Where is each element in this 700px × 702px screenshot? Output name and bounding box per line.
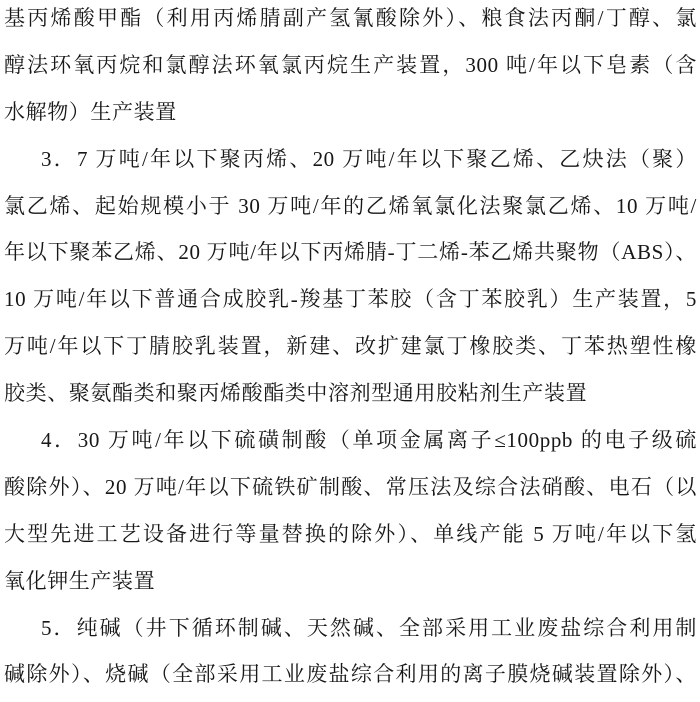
- text-line-paragraph-end: 胶类、聚氨酯类和聚丙烯酸酯类中溶剂型通用胶粘剂生产装置: [4, 370, 697, 417]
- text-line: 酸除外）、20 万吨/年以下硫铁矿制酸、常压法及综合法硝酸、电石（以: [4, 464, 697, 511]
- text-line: 10 万吨/年以下普通合成胶乳-羧基丁苯胶（含丁苯胶乳）生产装置，5: [4, 276, 697, 323]
- document-page: 基丙烯酸甲酯（利用丙烯腈副产氢氰酸除外）、粮食法丙酮/丁醇、氯 醇法环氧丙烷和氯…: [0, 0, 700, 702]
- document-text-block: 基丙烯酸甲酯（利用丙烯腈副产氢氰酸除外）、粮食法丙酮/丁醇、氯 醇法环氧丙烷和氯…: [0, 0, 700, 698]
- text-line: 氯乙烯、起始规模小于 30 万吨/年的乙烯氧氯化法聚氯乙烯、10 万吨/: [4, 183, 697, 230]
- text-line-paragraph-end: 氧化钾生产装置: [4, 558, 697, 605]
- text-line-paragraph-end: 水解物）生产装置: [4, 89, 697, 136]
- text-line: 基丙烯酸甲酯（利用丙烯腈副产氢氰酸除外）、粮食法丙酮/丁醇、氯: [4, 0, 697, 42]
- text-line: 醇法环氧丙烷和氯醇法环氧氯丙烷生产装置，300 吨/年以下皂素（含: [4, 42, 697, 89]
- text-line-item-4-start: 4．30 万吨/年以下硫磺制酸（单项金属离子≤100ppb 的电子级硫: [4, 417, 697, 464]
- text-line: 碱除外）、烧碱（全部采用工业废盐综合利用的离子膜烧碱装置除外）、: [4, 651, 697, 698]
- text-line: 万吨/年以下丁腈胶乳装置，新建、改扩建氯丁橡胶类、丁苯热塑性橡: [4, 323, 697, 370]
- text-line-item-5-start: 5．纯碱（井下循环制碱、天然碱、全部采用工业废盐综合利用制: [4, 605, 697, 652]
- text-line: 大型先进工艺设备进行等量替换的除外）、单线产能 5 万吨/年以下氢: [4, 511, 697, 558]
- text-line-item-3-start: 3．7 万吨/年以下聚丙烯、20 万吨/年以下聚乙烯、乙炔法（聚）: [4, 136, 697, 183]
- text-line: 年以下聚苯乙烯、20 万吨/年以下丙烯腈-丁二烯-苯乙烯共聚物（ABS）、: [4, 229, 697, 276]
